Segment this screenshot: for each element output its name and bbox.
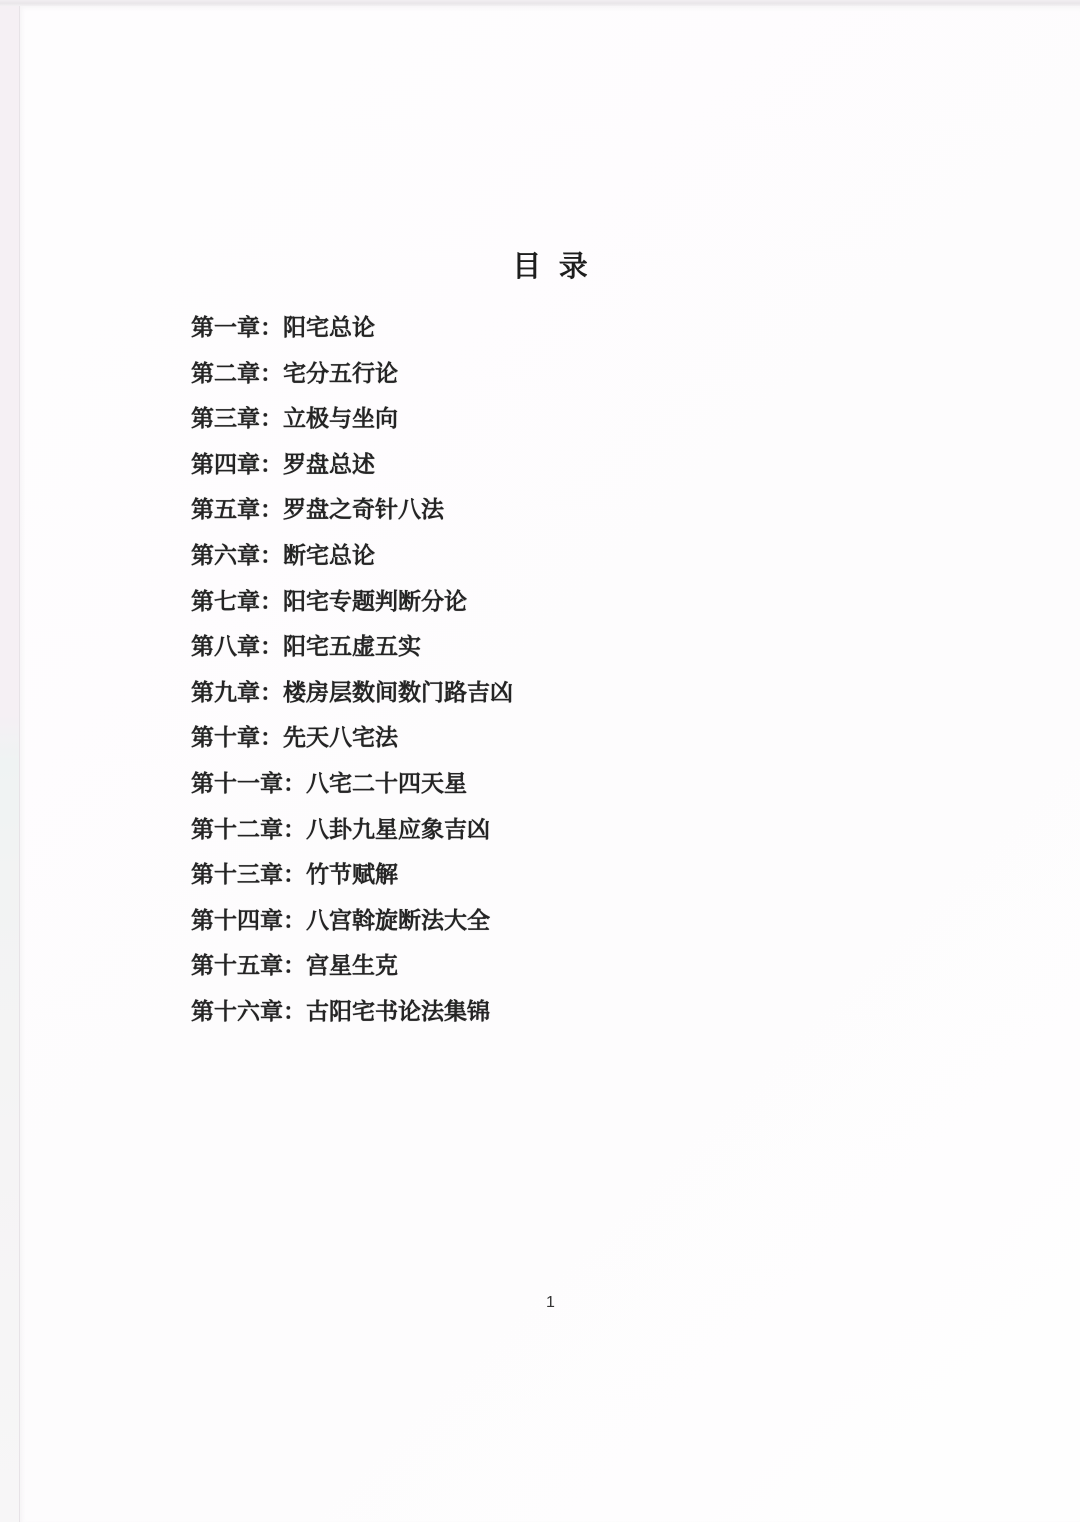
toc-item: 第十章：先天八宅法 xyxy=(191,715,891,761)
toc-item: 第九章：楼房层数间数门路吉凶 xyxy=(191,670,891,716)
toc-item: 第十五章：宫星生克 xyxy=(191,943,891,989)
toc-item: 第二章：宅分五行论 xyxy=(191,351,891,397)
toc-item: 第十四章：八宫斡旋断法大全 xyxy=(191,898,891,944)
toc-item: 第十三章：竹节赋解 xyxy=(191,852,891,898)
scanned-page-canvas: 目 录 第一章：阳宅总论 第二章：宅分五行论 第三章：立极与坐向 第四章：罗盘总… xyxy=(0,0,1080,1522)
toc-item: 第八章：阳宅五虚五实 xyxy=(191,624,891,670)
page-title: 目 录 xyxy=(20,244,1080,285)
toc-item: 第五章：罗盘之奇针八法 xyxy=(191,487,891,533)
toc-list: 第一章：阳宅总论 第二章：宅分五行论 第三章：立极与坐向 第四章：罗盘总述 第五… xyxy=(191,305,891,1035)
document-page: 目 录 第一章：阳宅总论 第二章：宅分五行论 第三章：立极与坐向 第四章：罗盘总… xyxy=(19,6,1080,1522)
toc-item: 第十一章：八宅二十四天星 xyxy=(191,761,891,807)
toc-item: 第三章：立极与坐向 xyxy=(191,396,891,442)
toc-item: 第十六章：古阳宅书论法集锦 xyxy=(191,989,891,1035)
toc-item: 第一章：阳宅总论 xyxy=(191,305,891,351)
page-number: 1 xyxy=(20,1294,1080,1312)
toc-item: 第十二章：八卦九星应象吉凶 xyxy=(191,807,891,853)
toc-item: 第六章：断宅总论 xyxy=(191,533,891,579)
toc-item: 第七章：阳宅专题判断分论 xyxy=(191,579,891,625)
scan-left-margin xyxy=(0,0,19,1522)
toc-item: 第四章：罗盘总述 xyxy=(191,442,891,488)
